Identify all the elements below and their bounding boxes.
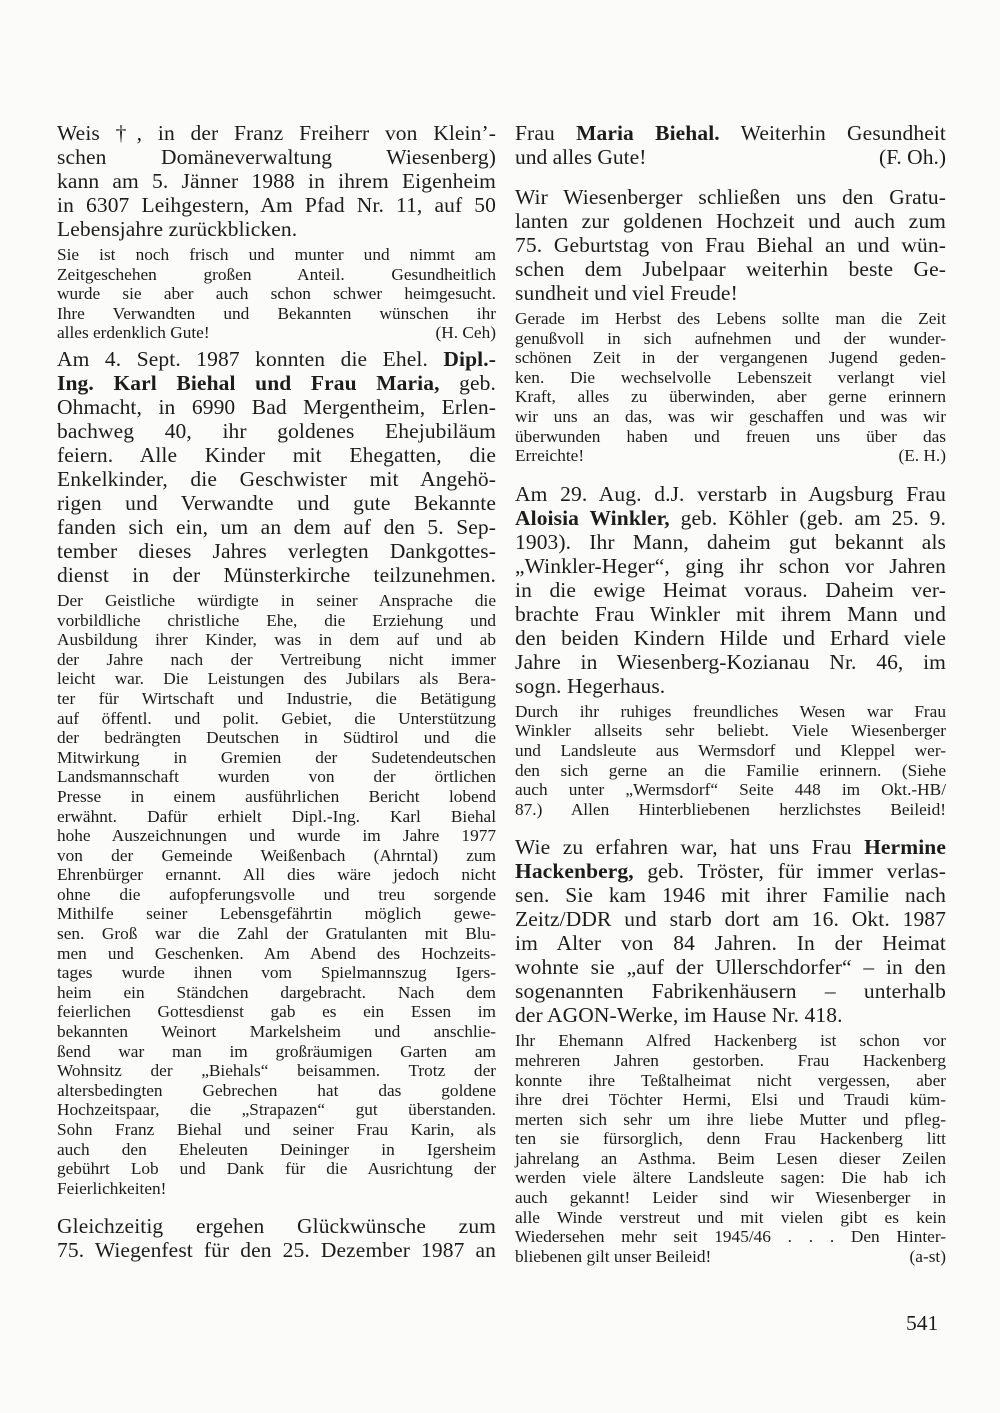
text-line: Ohmacht, in 6990 Bad Mergentheim, Erlen- [57, 395, 496, 419]
paragraph-hackenberg-details: Ihr Ehemann Alfred Hackenberg ist schon … [515, 1031, 946, 1266]
text-line: 75. Geburtstag von Frau Biehal an und wü… [515, 233, 946, 257]
text-line: im Alter von 84 Jahren. In der Heimat [515, 931, 946, 955]
left-column: Weis †, in der Franz Freiherr von Klein’… [57, 121, 496, 1262]
text-line: wir uns an das, was wir geschaffen und w… [515, 407, 946, 427]
text-line: sundheit und viel Freude! [515, 281, 946, 305]
right-column: Frau Maria Biehal. Weiterhin Gesundheit … [515, 121, 946, 1266]
text-line: schönen Zeit in der vergangenen Jugend g… [515, 348, 946, 368]
text-line: Aloisia Winkler, geb. Köhler (geb. am 25… [515, 506, 946, 530]
text-line: Wiedersehen mehr seit 1945/46 . . . Den … [515, 1227, 946, 1247]
text-line: Ihre Verwandten und Bekannten wünschen i… [57, 304, 496, 324]
bold-name: Maria Biehal. [576, 121, 720, 145]
text-line: ter für Wirtschaft und Industrie, die Be… [57, 689, 496, 709]
author-signature: (a-st) [910, 1247, 946, 1267]
text-line: ten sie fürsorglich, denn Frau Hackenber… [515, 1129, 946, 1149]
bold-name: Hackenberg, [515, 859, 634, 883]
text-line: leicht war. Die Leistungen des Jubilars … [57, 669, 496, 689]
text-line: Presse in einem ausführlichen Bericht lo… [57, 787, 496, 807]
text-line: Durch ihr ruhiges freundliches Wesen war… [515, 702, 946, 722]
text-line: Wie zu erfahren war, hat uns Frau Hermin… [515, 835, 946, 859]
text-line: 75. Wiegenfest für den 25. Dezember 1987… [57, 1238, 496, 1262]
text-line: Hackenberg, geb. Tröster, für immer verl… [515, 859, 946, 883]
text-line: überwunden haben und freuen uns über das [515, 427, 946, 447]
paragraph-birthday-announcement: Weis †, in der Franz Freiherr von Klein’… [57, 121, 496, 241]
text-span: geb. Tröster, für immer verlas- [647, 859, 946, 883]
text-line: der AGON-Werke, im Hause Nr. 418. [515, 1003, 946, 1027]
text-line: sen. Sie kam 1946 mit ihrer Familie nach [515, 883, 946, 907]
paragraph-winkler-condolences: Durch ihr ruhiges freundliches Wesen war… [515, 702, 946, 820]
text-line: alles erdenklich Gute! [57, 323, 210, 343]
paragraph-hackenberg-obituary: Wie zu erfahren war, hat uns Frau Hermin… [515, 835, 946, 1027]
text-line: Mithilfe seiner Lebensgefährtin möglich … [57, 904, 496, 924]
text-line: men und Geschenken. Am Abend des Hochzei… [57, 944, 496, 964]
text-line: der bedrängten Deutschen in Südtirol und… [57, 728, 496, 748]
text-line: Enkelkinder, die Geschwister mit Angehö- [57, 467, 496, 491]
text-line: den sich gerne an die Familie erinnern. … [515, 761, 946, 781]
text-line: Mitwirkung in Gremien der Sudetendeutsch… [57, 748, 496, 768]
text-line: Lebensjahre zurückblicken. [57, 217, 496, 241]
paragraph-75th-birthday: Gleichzeitig ergehen Glückwünsche zum 75… [57, 1214, 496, 1262]
text-line: sogenannten Fabrikenhäusern – unterhalb [515, 979, 946, 1003]
text-line: Jahre in Wiesenberg-Kozianau Nr. 46, im [515, 650, 946, 674]
text-line: dienst in der Münsterkirche teilzunehmen… [57, 563, 496, 587]
text-line: tember dieses Jahres verlegten Dankgotte… [57, 539, 496, 563]
text-line: auch den Eheleuten Deininger in Igershei… [57, 1140, 496, 1160]
text-line: Ehrenbürger ernannt. All dies wäre jedoc… [57, 865, 496, 885]
page-number: 541 [906, 1311, 938, 1336]
text-line: ken. Die wechselvolle Lebenszeit verlang… [515, 368, 946, 388]
text-line: Am 4. Sept. 1987 konnten die Ehel. Dipl.… [57, 347, 496, 371]
text-line: auch unter „Wermsdorf“ Seite 448 im Okt.… [515, 780, 946, 800]
text-line: den beiden Kindern Hilde und Erhard viel… [515, 626, 946, 650]
text-line: feiern. Alle Kinder mit Ehegatten, die [57, 443, 496, 467]
author-signature: (F. Oh.) [879, 145, 946, 169]
text-line: in die ewige Heimat voraus. Daheim ver- [515, 578, 946, 602]
text-line: Ing. Karl Biehal und Frau Maria, geb. [57, 371, 496, 395]
text-line: mehreren Jahren gestorben. Frau Hackenbe… [515, 1051, 946, 1071]
author-signature: (H. Ceh) [436, 323, 496, 343]
text-line: von der Gemeinde Weißenbach (Ahrntal) zu… [57, 846, 496, 866]
text-line-with-signature: alles erdenklich Gute! (H. Ceh) [57, 323, 496, 343]
text-line: Weis †, in der Franz Freiherr von Klein’… [57, 121, 496, 145]
text-line: und alles Gute! [515, 145, 646, 169]
text-line: wohnte sie „auf der Ullerschdorfer“ – in… [515, 955, 946, 979]
text-line: ßend war man im großräumigen Garten am [57, 1042, 496, 1062]
text-line: Hochzeitspaar, die „Strapazen“ gut übers… [57, 1100, 496, 1120]
text-line: auch gekannt! Leider sind wir Wiesenberg… [515, 1188, 946, 1208]
text-line: sen. Groß war die Zahl der Gratulanten m… [57, 924, 496, 944]
bold-name: Hermine [864, 835, 946, 859]
text-line: Zeitz/DDR und starb dort am 16. Okt. 198… [515, 907, 946, 931]
text-line: Erreichte! [515, 446, 584, 466]
text-line: bachweg 40, ihr goldenes Ehejubiläum [57, 419, 496, 443]
text-line: Zeitgeschehen großen Anteil. Gesundheitl… [57, 265, 496, 285]
paragraph-wiesenberger-congratulations: Wir Wiesenberger schließen uns den Gratu… [515, 185, 946, 305]
text-line: bliebenen gilt unser Beileid! [515, 1247, 711, 1267]
text-line-with-signature: bliebenen gilt unser Beileid! (a-st) [515, 1247, 946, 1267]
text-span: Weiterhin Gesundheit [741, 121, 946, 145]
text-line: Ausbildung ihrer Kinder, was in dem auf … [57, 630, 496, 650]
text-line: auf öffentl. und polit. Gebiet, die Unte… [57, 709, 496, 729]
paragraph-maria-biehal-wishes: Frau Maria Biehal. Weiterhin Gesundheit … [515, 121, 946, 169]
text-line: „Winkler-Heger“, ging ihr schon vor Jahr… [515, 554, 946, 578]
text-line-with-signature: und alles Gute! (F. Oh.) [515, 145, 946, 169]
bold-name: Dipl.- [443, 347, 496, 371]
text-line: in 6307 Leihgestern, Am Pfad Nr. 11, auf… [57, 193, 496, 217]
paragraph-winkler-obituary: Am 29. Aug. d.J. verstarb in Augsburg Fr… [515, 482, 946, 698]
bold-name: Aloisia Winkler, [515, 506, 670, 530]
paragraph-autumn-of-life: Gerade im Herbst des Lebens sollte man d… [515, 309, 946, 466]
text-line: ohne die aufopferungsvolle und treu sorg… [57, 885, 496, 905]
text-line: genußvoll in sich aufnehmen und der wund… [515, 329, 946, 349]
text-line: 87.) Allen Hinterbliebenen herzlichstes … [515, 800, 946, 820]
text-line: schen dem Jubelpaar weiterhin beste Ge- [515, 257, 946, 281]
text-line: schen Domäneverwaltung Wiesenberg) [57, 145, 496, 169]
bold-name: Ing. Karl Biehal und Frau Maria, [57, 371, 440, 395]
text-line: sogn. Hegerhaus. [515, 674, 946, 698]
text-line: altersbedingten Gebrechen hat das golden… [57, 1081, 496, 1101]
text-line: brachte Frau Winkler mit ihrem Mann und [515, 602, 946, 626]
text-line: wurde sie aber auch schon schwer heimges… [57, 284, 496, 304]
text-line: rigen und Verwandte und gute Bekannte [57, 491, 496, 515]
paragraph-ceremony-details: Der Geistliche würdigte in seiner Anspra… [57, 591, 496, 1198]
text-line: jahrelang an Asthma. Beim Lesen dieser Z… [515, 1149, 946, 1169]
text-line: ihre drei Töchter Hermi, Elsi und Traudi… [515, 1090, 946, 1110]
text-line: werden viele ältere Landsleute sagen: Di… [515, 1168, 946, 1188]
text-line: tages wurde ihnen vom Spielmannszug Iger… [57, 963, 496, 983]
paragraph-golden-wedding: Am 4. Sept. 1987 konnten die Ehel. Dipl.… [57, 347, 496, 587]
text-line: Gleichzeitig ergehen Glückwünsche zum [57, 1214, 496, 1238]
text-line: feierlichen Gottesdienst gab es ein Esse… [57, 1002, 496, 1022]
text-line: Feierlichkeiten! [57, 1179, 496, 1199]
text-span: Frau [515, 121, 555, 145]
text-line: lanten zur goldenen Hochzeit und auch zu… [515, 209, 946, 233]
text-line: erwähnt. Dafür erhielt Dipl.-Ing. Karl B… [57, 807, 496, 827]
text-line: 1903). Ihr Mann, daheim gut bekannt als [515, 530, 946, 554]
text-line: Wir Wiesenberger schließen uns den Gratu… [515, 185, 946, 209]
text-span: Am 4. Sept. 1987 konnten die Ehel. [57, 347, 428, 371]
text-line: bekannten Weinort Markelsheim und anschl… [57, 1022, 496, 1042]
text-span: Wie zu erfahren war, hat uns Frau [515, 835, 852, 859]
text-line: Wohnsitz der „Biehals“ beisammen. Trotz … [57, 1061, 496, 1081]
text-line: Winkler allseits sehr beliebt. Viele Wie… [515, 721, 946, 741]
text-line: Frau Maria Biehal. Weiterhin Gesundheit [515, 121, 946, 145]
text-line: fanden sich ein, um an dem auf den 5. Se… [57, 515, 496, 539]
text-span: geb. Köhler (geb. am 25. 9. [681, 506, 946, 530]
text-line: heim ein Ständchen dargebracht. Nach dem [57, 983, 496, 1003]
author-signature: (E. H.) [898, 446, 946, 466]
text-line-with-signature: Erreichte! (E. H.) [515, 446, 946, 466]
text-line: Der Geistliche würdigte in seiner Anspra… [57, 591, 496, 611]
text-line: Gerade im Herbst des Lebens sollte man d… [515, 309, 946, 329]
text-line: gebührt Lob und Dank für die Ausrichtung… [57, 1159, 496, 1179]
text-line: alle Winde verstreut und mit vielen gibt… [515, 1208, 946, 1228]
text-line: Sohn Franz Biehal und seiner Frau Karin,… [57, 1120, 496, 1140]
text-line: der Jahre nach der Vertreibung nicht imm… [57, 650, 496, 670]
text-line: hohe Auszeichnungen und wurde im Jahre 1… [57, 826, 496, 846]
text-line: Landsmannschaft wurden von der örtlichen [57, 767, 496, 787]
text-line: konnte ihre Teßtalheimat nicht vergessen… [515, 1071, 946, 1091]
paragraph-birthday-wishes: Sie ist noch frisch und munter und nimmt… [57, 245, 496, 343]
text-line: und Landsleute aus Wermsdorf und Kleppel… [515, 741, 946, 761]
text-line: kann am 5. Jänner 1988 in ihrem Eigenhei… [57, 169, 496, 193]
text-line: vorbildliche christliche Ehe, die Erzieh… [57, 611, 496, 631]
text-span: geb. [459, 371, 496, 395]
text-line: merten sich sehr um ihre liebe Mutter un… [515, 1110, 946, 1130]
text-line: Kraft, alles zu überwinden, aber gerne e… [515, 387, 946, 407]
text-line: Am 29. Aug. d.J. verstarb in Augsburg Fr… [515, 482, 946, 506]
text-line: Sie ist noch frisch und munter und nimmt… [57, 245, 496, 265]
text-line: Ihr Ehemann Alfred Hackenberg ist schon … [515, 1031, 946, 1051]
